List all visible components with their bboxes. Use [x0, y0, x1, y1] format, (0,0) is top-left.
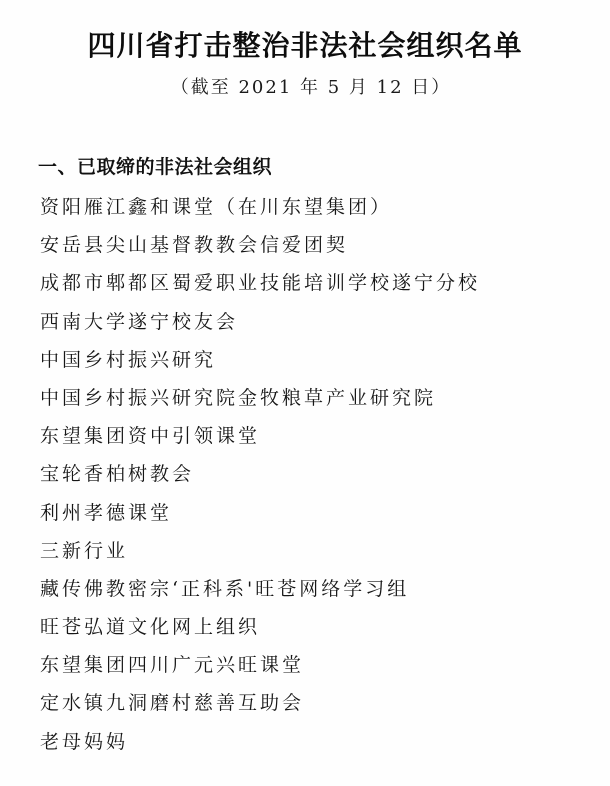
list-item: 成都市郫都区蜀爱职业技能培训学校遂宁分校 — [40, 268, 480, 306]
list-item: 宝轮香柏树教会 — [40, 459, 480, 497]
list-item: 旺苍弘道文化网上组织 — [40, 612, 480, 650]
list-item: 老母妈妈 — [40, 727, 480, 765]
list-item: 东望集团资中引领课堂 — [40, 421, 480, 459]
list-item: 藏传佛教密宗‘正科系'旺苍网络学习组 — [40, 574, 480, 612]
list-item: 西南大学遂宁校友会 — [40, 307, 480, 345]
list-item: 中国乡村振兴研究 — [40, 345, 480, 383]
list-item: 中国乡村振兴研究院金牧粮草产业研究院 — [40, 383, 480, 421]
list-item: 东望集团四川广元兴旺课堂 — [40, 650, 480, 688]
list-item: 安岳县尖山基督教教会信爱团契 — [40, 230, 480, 268]
document-title: 四川省打击整治非法社会组织名单 — [0, 28, 610, 64]
document-subtitle-date: （截至 2021 年 5 月 12 日） — [0, 76, 610, 100]
list-item: 定水镇九洞磨村慈善互助会 — [40, 688, 480, 726]
list-item: 三新行业 — [40, 536, 480, 574]
section-heading-banned-organizations: 一、已取缔的非法社会组织 — [38, 154, 272, 180]
banned-organization-list: 资阳雁江鑫和课堂（在川东望集团） 安岳县尖山基督教教会信爱团契 成都市郫都区蜀爱… — [40, 192, 480, 765]
document-page: 四川省打击整治非法社会组织名单 （截至 2021 年 5 月 12 日） 一、已… — [0, 0, 610, 786]
list-item: 利州孝德课堂 — [40, 498, 480, 536]
list-item: 资阳雁江鑫和课堂（在川东望集团） — [40, 192, 480, 230]
